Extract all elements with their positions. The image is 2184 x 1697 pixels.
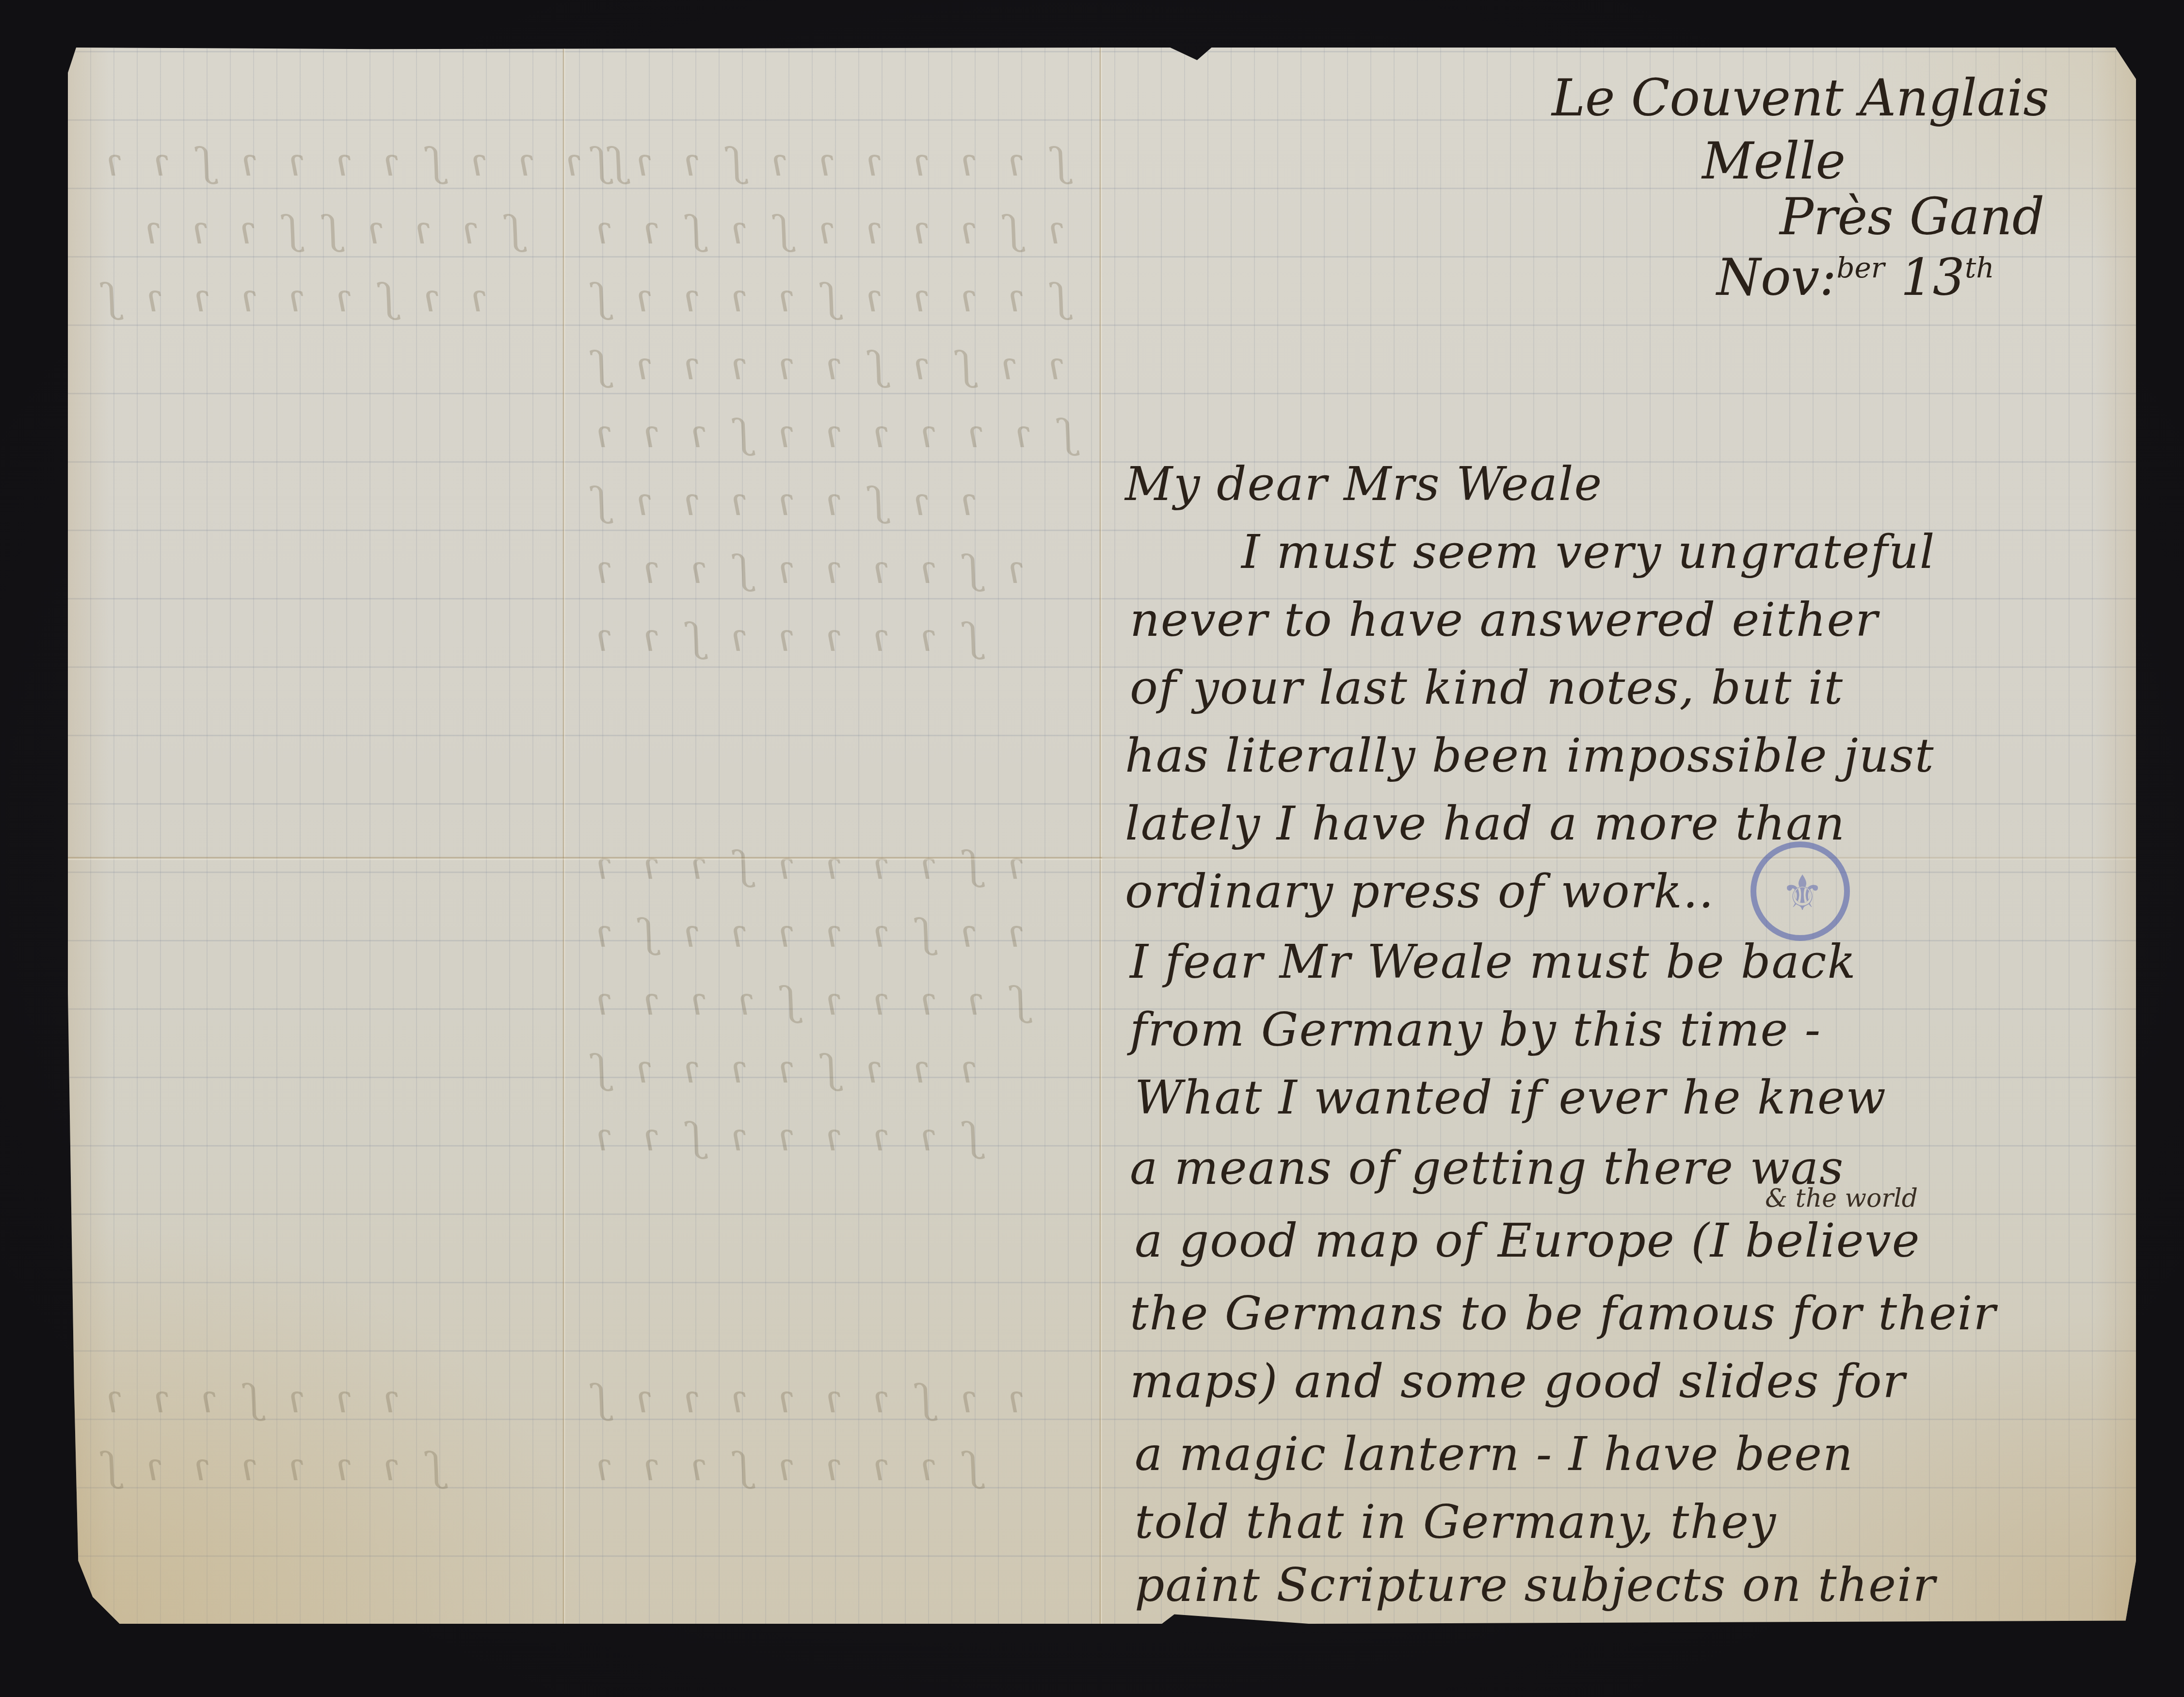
bleed-through-text: ɿ ʃ ɿ ɿ ɿ ɿ ʃ ɿ ɿ ɿ bbox=[587, 547, 1025, 592]
body-line: I must seem very ungrateful bbox=[1241, 529, 1935, 575]
date-day: 13 bbox=[1901, 248, 1965, 307]
bleed-through-text: ʃ ɿ ɿ ɿ ɿ ʃ ɿ ɿ ɿ bbox=[587, 1444, 978, 1489]
body-line: a means of getting there was bbox=[1130, 1145, 1844, 1191]
body-line: ordinary press of work.. bbox=[1125, 868, 1715, 915]
body-line: of your last kind notes, but it bbox=[1130, 664, 1844, 711]
bleed-through-text: ɿ ɿ ʃ ɿ ɿ ɿ ɿ ɿ ɿ ʃ bbox=[587, 1376, 1025, 1422]
body-line: never to have answered either bbox=[1130, 597, 1879, 643]
bleed-through-text: ɿ ɿ ʃ ɿ ɿ ɿ ɿ ɿ ʃ bbox=[587, 479, 978, 524]
body-line: the Germans to be famous for their bbox=[1130, 1290, 1996, 1337]
bleed-through-text: ʃ ɿ ɿ ɿ ɿ ɿ ɿ ʃ bbox=[97, 1444, 441, 1489]
body-line: paint Scripture subjects on their bbox=[1135, 1562, 1936, 1608]
bleed-through-text: ʃ ɿ ɿ ɿ ɿ ʃ ɿ ɿ ɿ ɿ bbox=[587, 979, 1025, 1024]
body-line: has literally been impossible just bbox=[1125, 732, 1934, 779]
date-day-superscript: th bbox=[1965, 251, 1994, 284]
bleed-through-text: ʃ ɿ ɿ ɿ ʃ ɿ ɿ ɿ ɿ ʃ ɿ ɿ bbox=[97, 140, 623, 185]
bleed-through-text: ɿ ɿ ʃ ɿ ɿ ɿ ɿ ɿ ʃ bbox=[97, 275, 488, 321]
stamp-emblem-icon: ⚜ bbox=[1776, 862, 1829, 925]
bleed-through-text: ɿ ɿ ɿ ʃ ɿ ɿ ɿ bbox=[97, 1376, 401, 1422]
body-line: What I wanted if ever he knew bbox=[1135, 1074, 1887, 1121]
address-line-convent: Le Couvent Anglais bbox=[1552, 73, 2049, 123]
bleed-through-text: ɿ ɿ ʃ ɿ ɿ ɿ ɿ ɿ ʃ ɿ bbox=[587, 911, 1025, 956]
bleed-through-text: ɿ ɿ ʃ ɿ ʃ ɿ ɿ ɿ ɿ ɿ ʃ bbox=[587, 343, 1065, 388]
bleed-through-text: ɿ ʃ ɿ ɿ ɿ ɿ ʃ ɿ ɿ ɿ bbox=[587, 843, 1025, 888]
bleed-through-text: ʃ ɿ ɿ ɿ ɿ ʃ ɿ ɿ ɿ ɿ ʃ bbox=[587, 275, 1065, 321]
interlinear-insertion: & the world bbox=[1765, 1186, 1918, 1211]
date-month-superscript: ber bbox=[1836, 251, 1884, 284]
fold-line-horizontal-right bbox=[1102, 857, 2136, 860]
body-line: lately I have had a more than bbox=[1125, 800, 1846, 847]
bleed-through-text: ʃ ɿ ɿ ɿ ɿ ɿ ɿ ʃ ɿ ɿ ɿ bbox=[587, 411, 1073, 456]
bleed-through-text: ʃ ɿ ɿ ɿ ɿ ɿ ʃ ɿ ɿ bbox=[587, 1115, 978, 1160]
letter-date: Nov:ber 13th bbox=[1717, 252, 1994, 303]
body-line: a magic lantern - I have been bbox=[1135, 1431, 1854, 1477]
body-line: I fear Mr Weale must be back bbox=[1130, 938, 1857, 985]
bleed-through-text: ɿ ɿ ɿ ʃ ɿ ɿ ɿ ɿ ʃ bbox=[587, 1047, 978, 1092]
body-line: from Germany by this time - bbox=[1130, 1006, 1821, 1053]
fold-line-horizontal bbox=[68, 857, 1102, 860]
bleed-through-text: ɿ ʃ ɿ ɿ ɿ ɿ ʃ ɿ ʃ ɿ ɿ bbox=[587, 208, 1065, 253]
address-line-town: Melle bbox=[1702, 136, 1846, 186]
fold-line-vertical-right bbox=[1099, 48, 1102, 1624]
bleed-through-text: ʃ ɿ ɿ ɿ ɿ ɿ ʃ ɿ ɿ bbox=[587, 615, 978, 660]
bleed-through-text: ʃ ɿ ɿ ɿ ʃ ʃ ɿ ɿ ɿ bbox=[136, 208, 520, 253]
body-line: maps) and some good slides for bbox=[1130, 1358, 1906, 1405]
bleed-through-text: ʃ ɿ ɿ ɿ ɿ ɿ ɿ ʃ ɿ ɿ ʃ bbox=[587, 140, 1065, 185]
archive-stamp: ⚜ bbox=[1750, 841, 1850, 941]
fold-line-vertical-left bbox=[562, 48, 565, 1624]
address-line-region: Près Gand bbox=[1780, 192, 2044, 242]
date-month: Nov: bbox=[1717, 248, 1836, 307]
body-line: told that in Germany, they bbox=[1135, 1499, 1777, 1545]
salutation: My dear Mrs Weale bbox=[1125, 461, 1603, 507]
body-line: a good map of Europe (I believe bbox=[1135, 1217, 1921, 1264]
